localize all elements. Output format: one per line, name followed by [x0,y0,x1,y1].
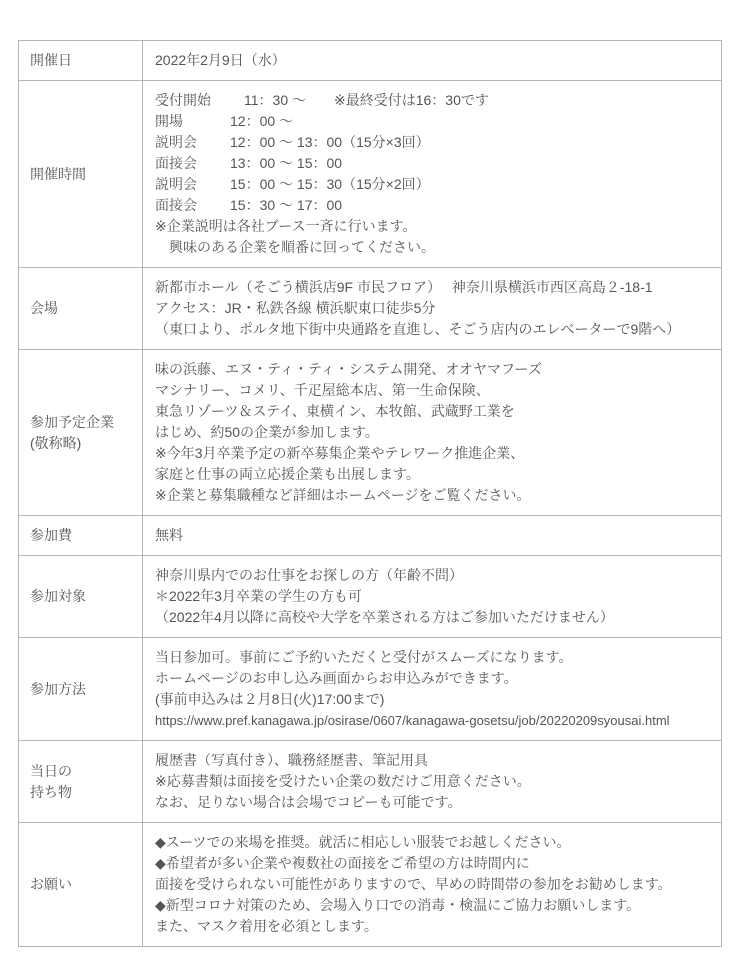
row-venue-content: 新都市ホール（そごう横浜店9F 市民フロア） 神奈川県横浜市西区高島２-18-1… [143,268,722,350]
belongings-note: ※応募書類は面接を受けたい企業の数だけご用意ください。 [155,771,709,792]
belongings-note: なお、足りない場合は会場でコピーも可能です。 [155,792,709,813]
companies-line: 東急リゾーツ＆ステイ、東横イン、本牧館、武蔵野工業を [155,401,709,422]
companies-line: はじめ、約50の企業が参加します。 [155,422,709,443]
target-line: 神奈川県内でのお仕事をお探しの方（年齢不問） [155,565,709,586]
companies-note: 家庭と仕事の両立応援企業も出展します。 [155,464,709,485]
row-belongings-content: 履歴書（写真付き）、職務経歴書、筆記用具 ※応募書類は面接を受けたい企業の数だけ… [143,741,722,823]
application-url-link[interactable]: https://www.pref.kanagawa.jp/osirase/060… [155,710,709,731]
request-line: 面接を受けられない可能性がありますので、早めの時間帯の参加をお勧めします。 [155,874,709,895]
row-method-content: 当日参加可。事前にご予約いただくと受付がスムーズになります。 ホームページのお申… [143,638,722,741]
row-date-label: 開催日 [19,41,143,81]
schedule-item-name: 説明会 [155,174,230,195]
request-line: ◆新型コロナ対策のため、会場入り口での消毒・検温にご協力お願いします。 [155,895,709,916]
row-date: 開催日 2022年2月9日（水） [19,41,722,81]
venue-line: （東口より、ポルタ地下街中央通路を直進し、そごう店内のエレベーターで9階へ） [155,319,709,340]
schedule-item-time: 11：30 ～ ※最終受付は16：30です [230,92,489,108]
schedule-item-name: 面接会 [155,195,230,216]
schedule-line: 面接会13：00 ～ 15：00 [155,153,709,174]
row-venue: 会場 新都市ホール（そごう横浜店9F 市民フロア） 神奈川県横浜市西区高島２-1… [19,268,722,350]
method-line: (事前申込みは２月8日(火)17:00まで) [155,689,709,710]
request-line: また、マスク着用を必須とします。 [155,916,709,937]
fee-value: 無料 [155,525,709,546]
companies-note: ※企業と募集職種など詳細はホームページをご覧ください。 [155,485,709,506]
method-line: 当日参加可。事前にご予約いただくと受付がスムーズになります。 [155,647,709,668]
schedule-item-name: 説明会 [155,132,230,153]
schedule-item-name: 開場 [155,111,230,132]
row-venue-label: 会場 [19,268,143,350]
row-time-label: 開催時間 [19,81,143,268]
companies-note: ※今年3月卒業予定の新卒募集企業やテレワーク推進企業、 [155,443,709,464]
belongings-label-line1: 当日の [30,761,136,782]
companies-label-line1: 参加予定企業 [30,412,136,433]
companies-line: マシナリー、コメリ、千疋屋総本店、第一生命保険、 [155,380,709,401]
row-companies: 参加予定企業 (敬称略) 味の浜藤、エヌ・ティ・ティ・システム開発、オオヤマフー… [19,350,722,516]
row-target-label: 参加対象 [19,556,143,638]
schedule-line: 受付開始 11：30 ～ ※最終受付は16：30です [155,90,709,111]
schedule-note: 興味のある企業を順番に回ってください。 [155,237,709,258]
companies-line: 味の浜藤、エヌ・ティ・ティ・システム開発、オオヤマフーズ [155,359,709,380]
companies-label-line2: (敬称略) [30,433,136,454]
event-info-table: 開催日 2022年2月9日（水） 開催時間 受付開始 11：30 ～ ※最終受付… [18,40,722,947]
schedule-line: 開場12：00 ～ [155,111,709,132]
row-date-content: 2022年2月9日（水） [143,41,722,81]
schedule-item-time: 15：30 ～ 17：00 [230,197,342,213]
schedule-item-name: 面接会 [155,153,230,174]
row-time: 開催時間 受付開始 11：30 ～ ※最終受付は16：30です 開場12：00 … [19,81,722,268]
row-belongings: 当日の 持ち物 履歴書（写真付き）、職務経歴書、筆記用具 ※応募書類は面接を受け… [19,741,722,823]
schedule-item-time: 15：00 ～ 15：30（15分×2回） [230,176,430,192]
row-request-label: お願い [19,823,143,947]
page-body: 開催日 2022年2月9日（水） 開催時間 受付開始 11：30 ～ ※最終受付… [0,0,740,947]
venue-line: アクセス：JR・私鉄各線 横浜駅東口徒歩5分 [155,298,709,319]
event-date-value: 2022年2月9日（水） [155,50,709,71]
row-method: 参加方法 当日参加可。事前にご予約いただくと受付がスムーズになります。 ホームペ… [19,638,722,741]
row-belongings-label: 当日の 持ち物 [19,741,143,823]
request-line: ◆スーツでの来場を推奨。就活に相応しい服装でお越しください。 [155,832,709,853]
method-line: ホームページのお申し込み画面からお申込みができます。 [155,668,709,689]
row-fee-content: 無料 [143,516,722,556]
row-fee-label: 参加費 [19,516,143,556]
target-line: ＊2022年3月卒業の学生の方も可 [155,586,709,607]
schedule-item-time: 13：00 ～ 15：00 [230,155,342,171]
row-target: 参加対象 神奈川県内でのお仕事をお探しの方（年齢不問） ＊2022年3月卒業の学… [19,556,722,638]
belongings-line: 履歴書（写真付き）、職務経歴書、筆記用具 [155,750,709,771]
target-line: （2022年4月以降に高校や大学を卒業される方はご参加いただけません） [155,607,709,628]
row-method-label: 参加方法 [19,638,143,741]
request-line: ◆希望者が多い企業や複数社の面接をご希望の方は時間内に [155,853,709,874]
schedule-note: ※企業説明は各社ブース一斉に行います。 [155,216,709,237]
belongings-label-line2: 持ち物 [30,782,136,803]
row-companies-content: 味の浜藤、エヌ・ティ・ティ・システム開発、オオヤマフーズ マシナリー、コメリ、千… [143,350,722,516]
row-target-content: 神奈川県内でのお仕事をお探しの方（年齢不問） ＊2022年3月卒業の学生の方も可… [143,556,722,638]
schedule-line: 面接会15：30 ～ 17：00 [155,195,709,216]
venue-line: 新都市ホール（そごう横浜店9F 市民フロア） 神奈川県横浜市西区高島２-18-1 [155,277,709,298]
row-fee: 参加費 無料 [19,516,722,556]
row-companies-label: 参加予定企業 (敬称略) [19,350,143,516]
row-request-content: ◆スーツでの来場を推奨。就活に相応しい服装でお越しください。 ◆希望者が多い企業… [143,823,722,947]
schedule-item-time: 12：00 ～ 13：00（15分×3回） [230,134,430,150]
row-request: お願い ◆スーツでの来場を推奨。就活に相応しい服装でお越しください。 ◆希望者が… [19,823,722,947]
schedule-line: 説明会15：00 ～ 15：30（15分×2回） [155,174,709,195]
row-time-content: 受付開始 11：30 ～ ※最終受付は16：30です 開場12：00 ～ 説明会… [143,81,722,268]
schedule-item-name: 受付開始 [155,90,230,111]
schedule-line: 説明会12：00 ～ 13：00（15分×3回） [155,132,709,153]
schedule-item-time: 12：00 ～ [230,113,293,129]
